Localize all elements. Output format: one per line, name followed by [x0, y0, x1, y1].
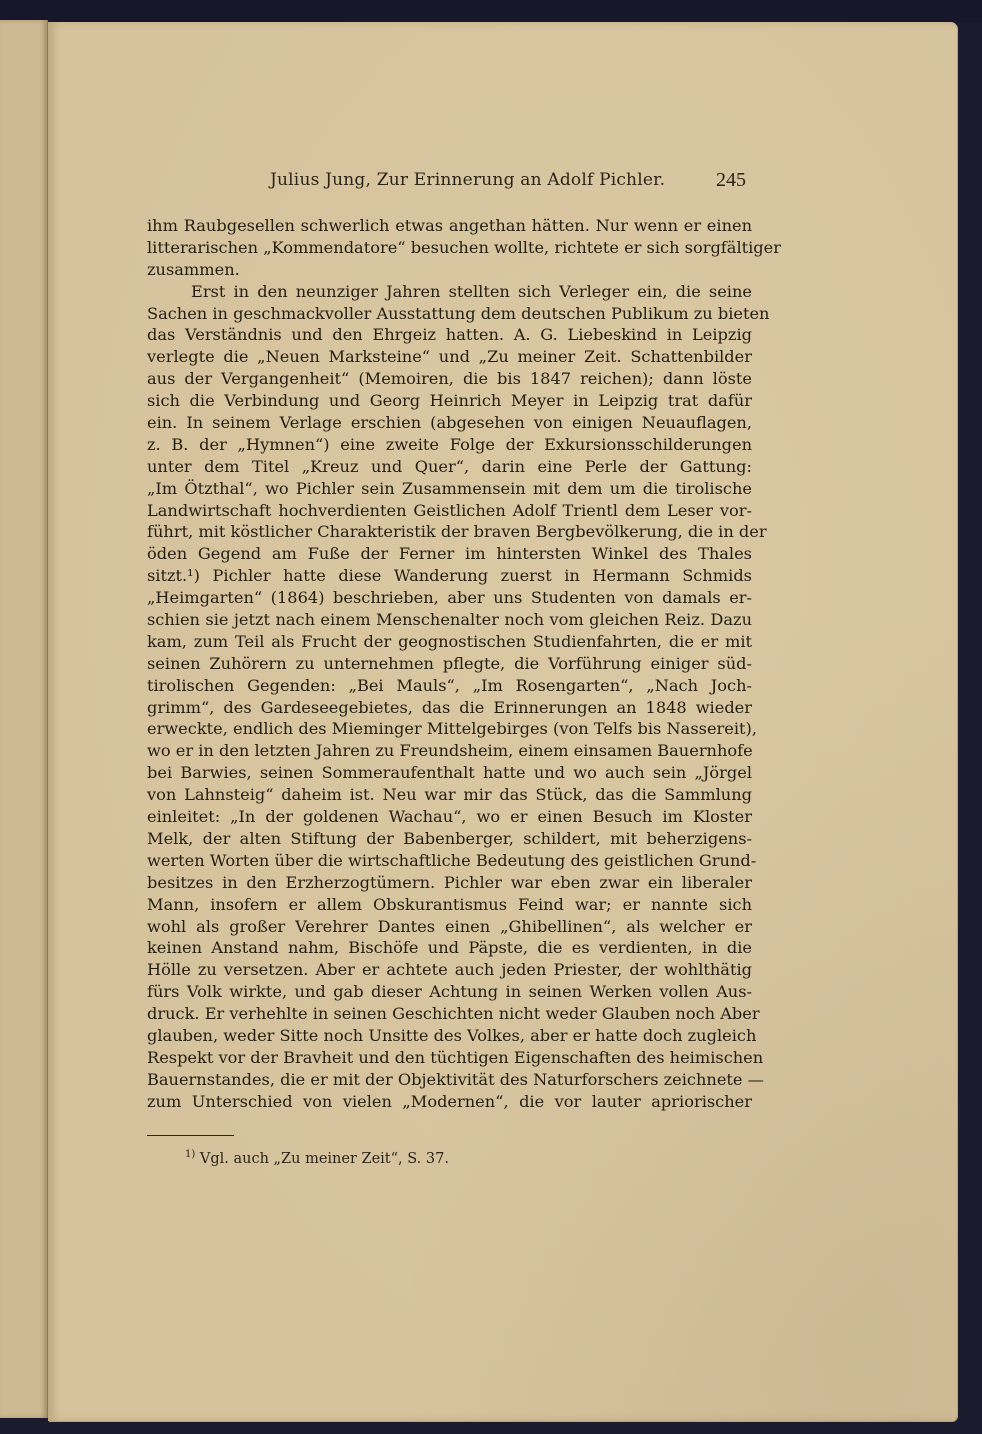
page-number: 245: [716, 169, 746, 192]
text-line: keinen Anstand nahm, Bischöfe und Päpste…: [147, 937, 752, 959]
text-line: fürs Volk wirkte, und gab dieser Achtung…: [147, 981, 752, 1003]
text-line: Melk, der alten Stiftung der Babenberger…: [147, 828, 752, 850]
paragraph-start-line: Erst in den neunziger Jahren stellten si…: [147, 281, 752, 303]
text-line: wohl als großer Verehrer Dantes einen „G…: [147, 916, 752, 938]
footnote-divider: [147, 1135, 234, 1136]
text-line: führt, mit köstlicher Charakteristik der…: [147, 521, 752, 543]
text-line-with-footnote-ref: sitzt.¹) Pichler hatte diese Wanderung z…: [147, 565, 752, 587]
text-line: zusammen.: [147, 259, 752, 281]
previous-page-edge: [0, 20, 48, 1418]
text-line: Landwirtschaft hochverdienten Geistliche…: [147, 500, 752, 522]
text-line: ein. In seinem Verlage erschien (abgeseh…: [147, 412, 752, 434]
text-line: wo er in den letzten Jahren zu Freundshe…: [147, 740, 752, 762]
footnote: 1) Vgl. auch „Zu meiner Zeit“, S. 37.: [185, 1151, 449, 1167]
text-line: litterarischen „Kommendatore“ besuchen w…: [147, 237, 752, 259]
running-head-title: Julius Jung, Zur Erinnerung an Adolf Pic…: [270, 170, 665, 190]
text-line: erweckte, endlich des Mieminger Mittelge…: [147, 718, 752, 740]
text-line: „Heimgarten“ (1864) beschrieben, aber un…: [147, 587, 752, 609]
text-line: druck. Er verhehlte in seinen Geschichte…: [147, 1003, 752, 1025]
text-line: verlegte die „Neuen Marksteine“ und „Zu …: [147, 346, 752, 368]
text-line: schien sie jetzt nach einem Menschenalte…: [147, 609, 752, 631]
text-line: Sachen in geschmackvoller Ausstattung de…: [147, 303, 752, 325]
text-line: sich die Verbindung und Georg Heinrich M…: [147, 390, 752, 412]
text-line: Mann, insofern er allem Obskurantismus F…: [147, 894, 752, 916]
text-line: kam, zum Teil als Frucht der geognostisc…: [147, 631, 752, 653]
body-text: ihm Raubgesellen schwerlich etwas angeth…: [147, 215, 752, 1113]
text-line: bei Barwies, seinen Sommeraufenthalt hat…: [147, 762, 752, 784]
text-line: z. B. der „Hymnen“) eine zweite Folge de…: [147, 434, 752, 456]
scan-backdrop: [0, 0, 982, 22]
running-head: Julius Jung, Zur Erinnerung an Adolf Pic…: [0, 170, 982, 198]
text-line: aus der Vergangenheit“ (Memoiren, die bi…: [147, 368, 752, 390]
text-line: zum Unterschied von vielen „Modernen“, d…: [147, 1091, 752, 1113]
text-line: seinen Zuhörern zu unternehmen pflegte, …: [147, 653, 752, 675]
text-line: einleitet: „In der goldenen Wachau“, wo …: [147, 806, 752, 828]
text-line: werten Worten über die wirtschaftliche B…: [147, 850, 752, 872]
text-line: von Lahnsteig“ daheim ist. Neu war mir d…: [147, 784, 752, 806]
text-line: unter dem Titel „Kreuz und Quer“, darin …: [147, 456, 752, 478]
text-line: öden Gegend am Fuße der Ferner im hinter…: [147, 543, 752, 565]
text-line: grimm“, des Gardeseegebietes, das die Er…: [147, 697, 752, 719]
text-line: Bauernstandes, die er mit der Objektivit…: [147, 1069, 752, 1091]
text-line: Respekt vor der Bravheit und den tüchtig…: [147, 1047, 752, 1069]
text-line: besitzes in den Erzherzogtümern. Pichler…: [147, 872, 752, 894]
text-line: tirolischen Gegenden: „Bei Mauls“, „Im R…: [147, 675, 752, 697]
text-line: das Verständnis und den Ehrgeiz hatten. …: [147, 324, 752, 346]
text-line: „Im Ötzthal“, wo Pichler sein Zusammense…: [147, 478, 752, 500]
text-line: ihm Raubgesellen schwerlich etwas angeth…: [147, 215, 752, 237]
text-line: glauben, weder Sitte noch Unsitte des Vo…: [147, 1025, 752, 1047]
footnote-marker: 1): [185, 1149, 195, 1160]
text-line: Hölle zu versetzen. Aber er achtete auch…: [147, 959, 752, 981]
footnote-text: Vgl. auch „Zu meiner Zeit“, S. 37.: [200, 1151, 449, 1167]
